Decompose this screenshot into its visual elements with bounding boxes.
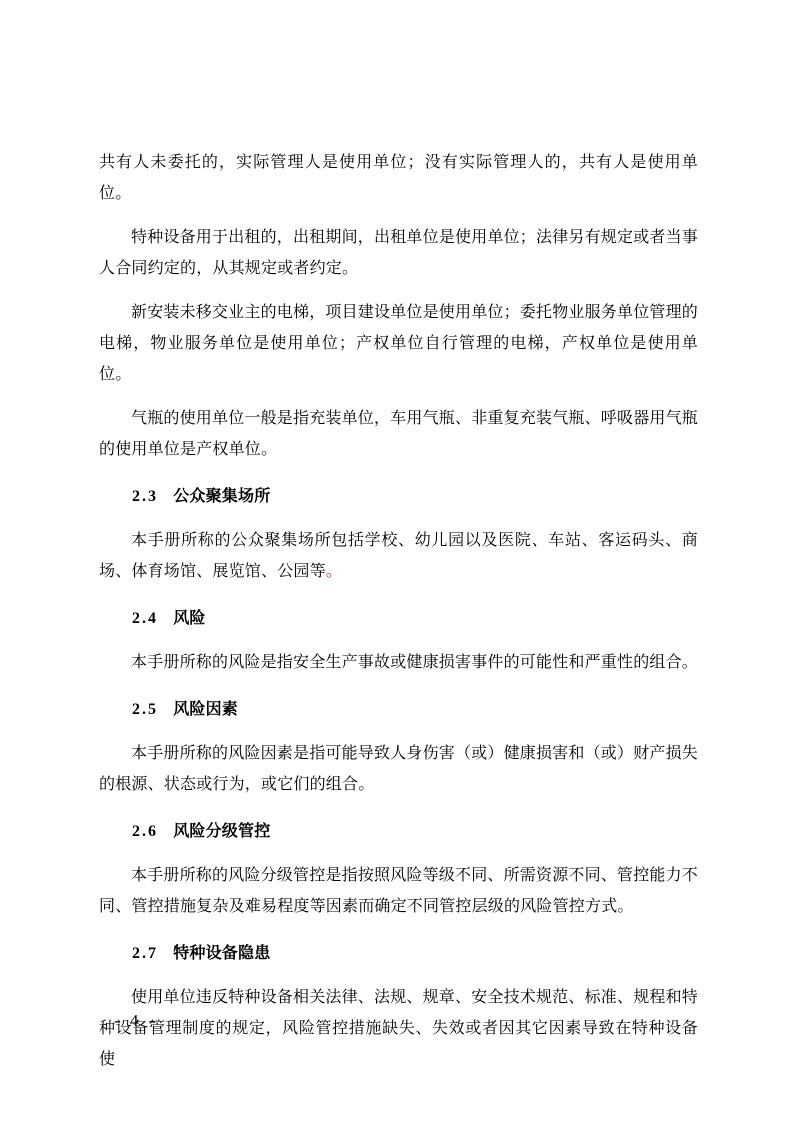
section-title: 风险分级管控 (173, 823, 270, 840)
document-page: 共有人未委托的，实际管理人是使用单位；没有实际管理人的，共有人是使用单位。 特种… (0, 0, 793, 1122)
section-number: 2.5 (132, 701, 158, 718)
body-paragraph-risk-factors: 本手册所称的风险因素是指可能导致人身伤害（或）健康损害和（或）财产损失的根源、状… (99, 738, 698, 800)
body-paragraph-equipment-hazard: 使用单位违反特种设备相关法律、法规、规章、安全技术规范、标准、规程和特种设备管理… (99, 982, 698, 1075)
section-heading-2-5: 2.5 风险因素 (99, 694, 698, 725)
section-title: 风险 (173, 610, 205, 627)
section-title: 特种设备隐患 (173, 945, 270, 962)
paragraph-text: 本手册所称的公众聚集场所包括学校、幼儿园以及医院、车站、客运码头、商场、体育场馆… (99, 532, 698, 580)
page-number: - 4 - (114, 1007, 157, 1035)
section-number: 2.3 (132, 488, 158, 505)
red-period: 。 (326, 563, 342, 580)
section-heading-2-3: 2.3 公众聚集场所 (99, 481, 698, 512)
section-heading-2-4: 2.4 风险 (99, 603, 698, 634)
body-paragraph-risk: 本手册所称的风险是指安全生产事故或健康损害事件的可能性和严重性的组合。 (99, 647, 698, 678)
section-number: 2.6 (132, 823, 158, 840)
section-number: 2.7 (132, 945, 158, 962)
section-title: 公众聚集场所 (173, 488, 270, 505)
body-paragraph-public-places: 本手册所称的公众聚集场所包括学校、幼儿园以及医院、车站、客运码头、商场、体育场馆… (99, 525, 698, 587)
section-title: 风险因素 (173, 701, 238, 718)
section-heading-2-6: 2.6 风险分级管控 (99, 816, 698, 847)
body-paragraph-gas-cylinder: 气瓶的使用单位一般是指充装单位，车用气瓶、非重复充装气瓶、呼吸器用气瓶的使用单位… (99, 403, 698, 465)
body-paragraph-elevator: 新安装未移交业主的电梯，项目建设单位是使用单位；委托物业服务单位管理的电梯，物业… (99, 297, 698, 390)
section-number: 2.4 (132, 610, 158, 627)
document-body: 共有人未委托的，实际管理人是使用单位；没有实际管理人的，共有人是使用单位。 特种… (99, 147, 698, 1088)
body-paragraph-continuation: 共有人未委托的，实际管理人是使用单位；没有实际管理人的，共有人是使用单位。 (99, 147, 698, 209)
body-paragraph-rental-equipment: 特种设备用于出租的，出租期间，出租单位是使用单位；法律另有规定或者当事人合同约定… (99, 222, 698, 284)
body-paragraph-risk-grading-control: 本手册所称的风险分级管控是指按照风险等级不同、所需资源不同、管控能力不同、管控措… (99, 860, 698, 922)
section-heading-2-7: 2.7 特种设备隐患 (99, 938, 698, 969)
